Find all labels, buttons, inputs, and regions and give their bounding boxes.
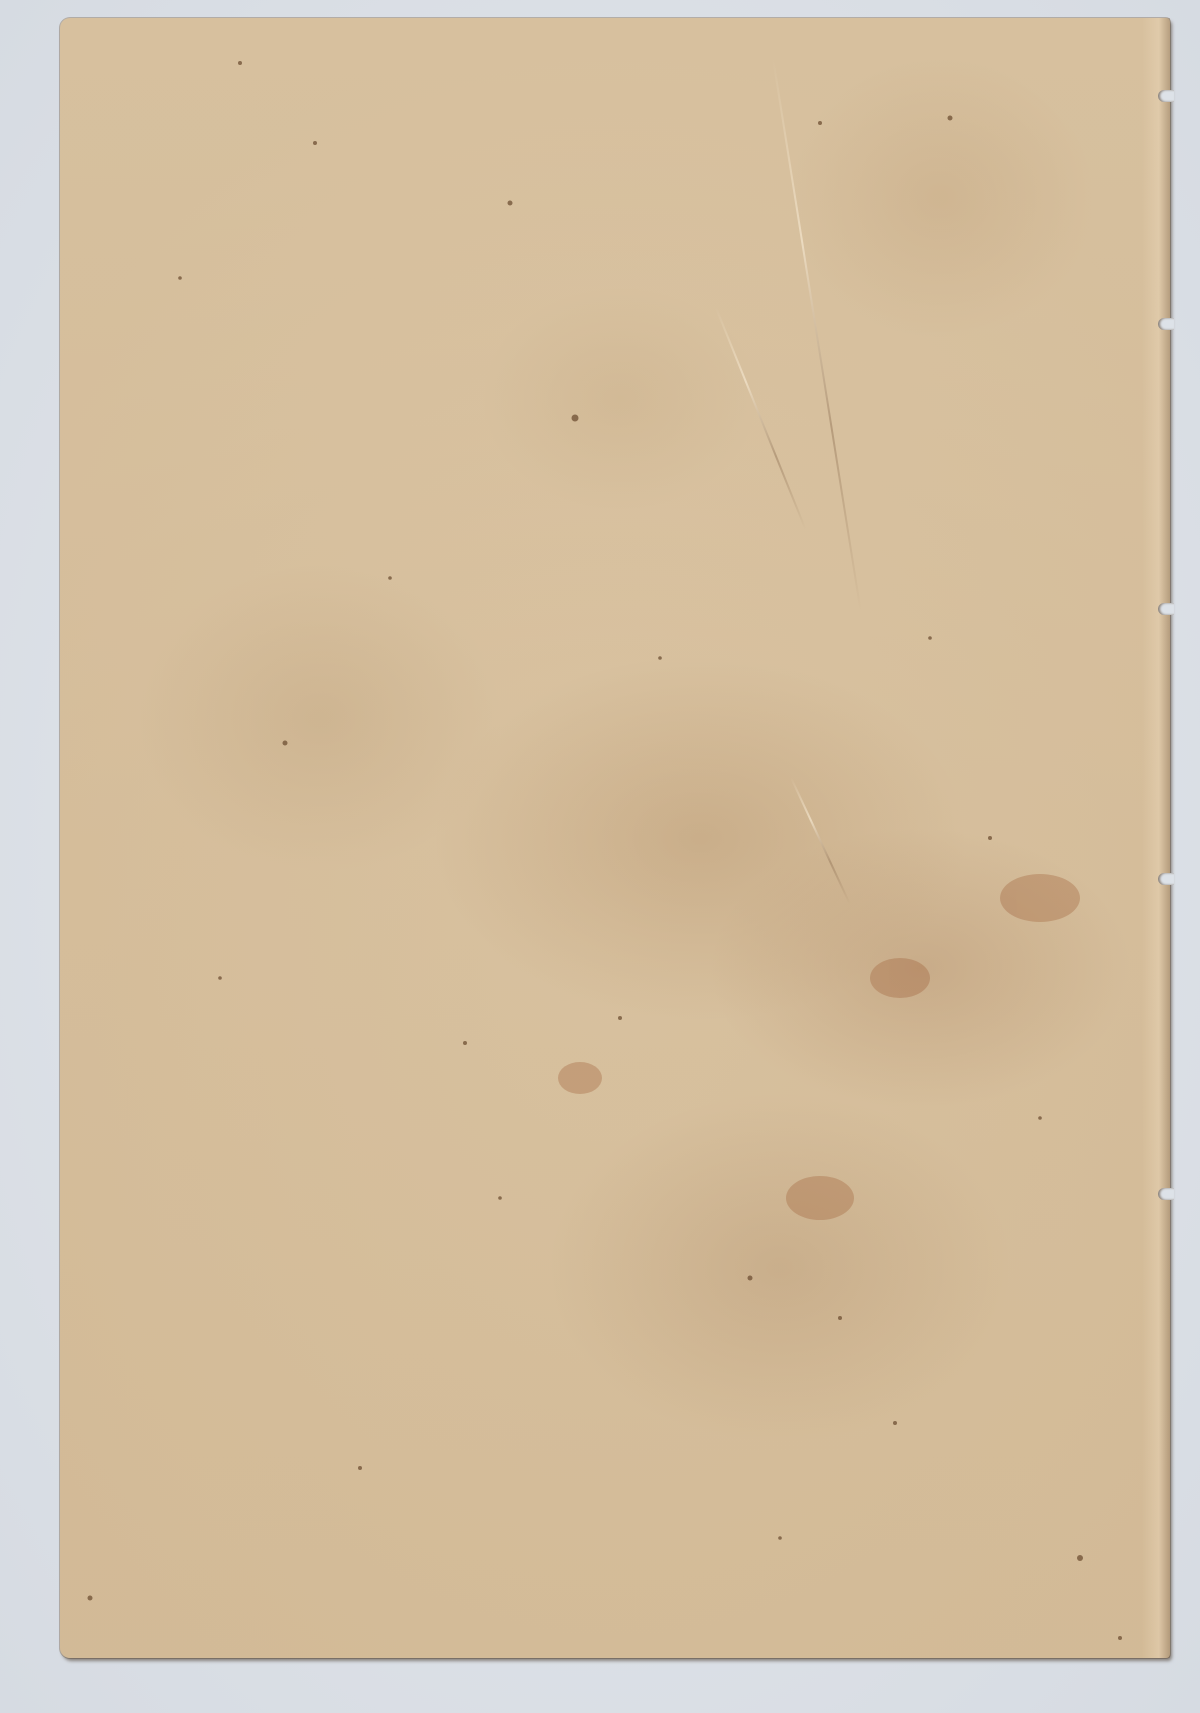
aged-paper-sheet xyxy=(60,18,1170,1658)
foxing-spots xyxy=(60,18,1170,1658)
photo-scene xyxy=(0,0,1200,1713)
